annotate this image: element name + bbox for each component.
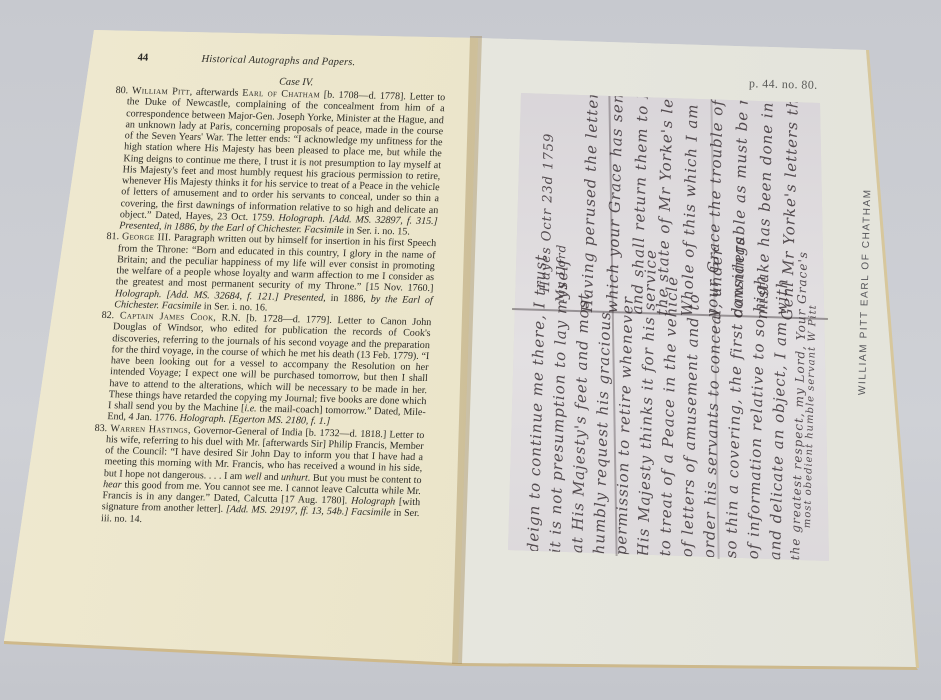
entry-emphasis: hear	[103, 479, 122, 490]
plate-reference: p. 44. no. 80.	[749, 76, 818, 93]
entry-emphasis: unhurt	[281, 472, 308, 484]
entry-text: [b. 1708—d. 1778]. Letter to the Duke of…	[120, 89, 446, 223]
entry-number: 81.	[106, 231, 119, 242]
entry-holograph: Holograph	[351, 496, 396, 508]
catalogue-entry-81: 81. George III. Paragraph written out by…	[102, 231, 437, 317]
entry-name: William Pitt	[132, 85, 190, 97]
running-title: Historical Autographs and Papers.	[201, 54, 356, 68]
entry-holograph: Holograph.	[179, 413, 226, 425]
entry-number: 80.	[115, 85, 128, 96]
entry-number: 82.	[101, 310, 114, 321]
page-number: 44	[137, 52, 202, 64]
entry-text: in 1886,	[325, 292, 371, 304]
entry-text: and	[261, 471, 281, 482]
entry-number: 83.	[94, 422, 107, 433]
entry-emphasis: well	[244, 471, 261, 482]
entry-text: , R.N. [b. 1728—d. 1779]. Letter to Cano…	[108, 312, 432, 414]
entry-abbrev: i.e.	[244, 403, 257, 414]
entry-reference: [Add. MS. 29197, ff. 13, 54b.] Facsimile	[226, 504, 391, 519]
left-page-text: 44 Historical Autographs and Papers. Cas…	[89, 52, 448, 531]
catalogue-entry-82: 82. Captain James Cook, R.N. [b. 1728—d.…	[95, 310, 432, 430]
catalogue-entry-80: 80. William Pitt, afterwards Earl of Cha…	[107, 85, 446, 238]
entry-text: , afterwards	[189, 87, 242, 99]
entry-name: George III.	[122, 232, 172, 244]
catalogue-entry-83: 83. Warren Hastings, Governor-General of…	[89, 422, 425, 530]
entry-holograph: Holograph.	[278, 212, 325, 224]
